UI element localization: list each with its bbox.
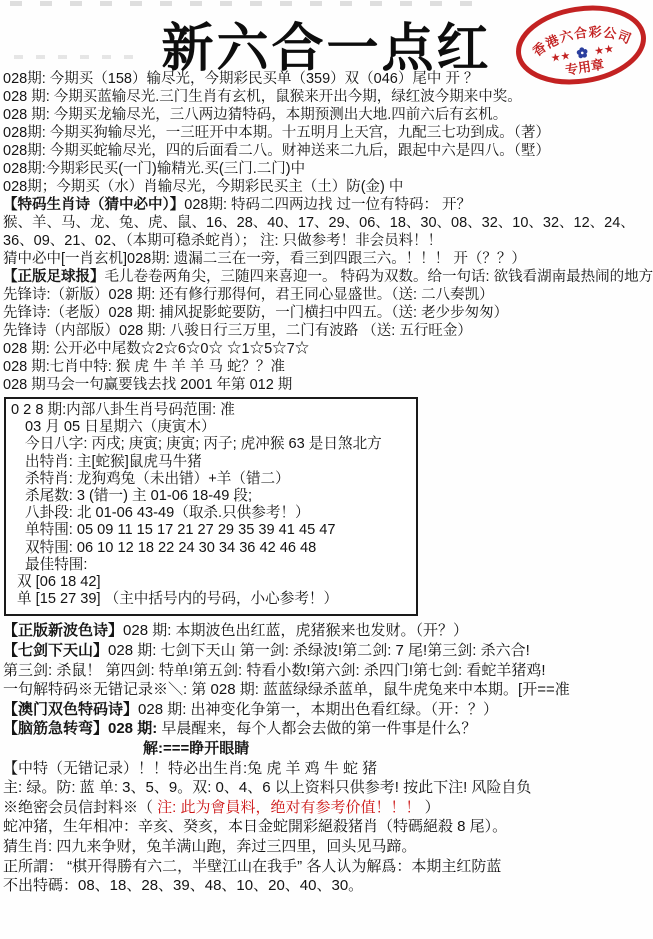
text-segment: 【特码生肖诗（猜中必中）】 — [3, 197, 184, 213]
text-line: 猜生肖: 四九来争财，兔羊满山跑，奔过三四里，回头见马蹄。 — [3, 837, 653, 857]
text-segment: 正所謂： “棋开得勝有六二，半壁江山在我手” 各人认为解爲：本期主红防蓝 — [3, 858, 501, 875]
text-segment: 单 [15 27 39] （主中括号内的号码，小心参考！） — [17, 591, 338, 607]
text-line: 先锋诗:（老版）028 期: 捕风捉影蛇要防，一门横扫中四五。（送: 老少步匆匆… — [3, 304, 653, 322]
text-segment: 028期: 特码二四两边找 过一位有特码： 开？ — [184, 197, 471, 213]
text-segment: 双特围: 06 10 12 18 22 24 30 34 36 42 46 48 — [25, 540, 316, 556]
text-line: 第三剑: 杀鼠！ 第四剑: 特单!第五剑: 特看小数!第六剑: 杀四门!第七剑:… — [3, 661, 653, 681]
text-segment: 主: 绿。防: 蓝 单: 3、5、9。双: 0、4、6 以上资料只供参考! 按此… — [3, 779, 531, 796]
text-line: 028 期马会一句赢要钱去找 2001 年第 012 期 — [3, 376, 653, 394]
text-segment: 028 期: 七剑下天山 第一剑: 杀绿波!第二剑: 7 尾!第三剑: 杀六合! — [108, 642, 530, 659]
bagua-info-box: 0 2 8 期:内部八卦生肖号码范围: 准03 月 05 日星期六（庚寅木）今日… — [4, 397, 418, 616]
text-segment: 028 期: 本期波色出红蓝，虎猪猴来也发财。（开？） — [123, 622, 468, 639]
text-line: 028期；今期买（水）肖输尽光，今期彩民买主（土）防(金) 中 — [3, 178, 653, 196]
text-segment: 双 [06 18 42] — [17, 574, 101, 590]
stamp-stars-right: ★★ — [593, 43, 614, 58]
text-line: 【脑筋急转弯】028 期: 早晨醒来，每个人都会去做的第一件事是什么？ — [3, 719, 653, 739]
top-lines: 028期: 今期买（158）输尽光，今期彩民买单（359）双（046）尾中 开 … — [3, 70, 653, 394]
text-segment: ※绝密会员信封料※（ — [3, 799, 157, 816]
box-lines: 0 2 8 期:内部八卦生肖号码范围: 准03 月 05 日星期六（庚寅木）今日… — [11, 402, 416, 608]
text-segment: 0 2 8 期:内部八卦生肖号码范围: 准 — [11, 402, 235, 418]
text-segment: 028期: 今期买蛇输尽光，四的后面看二八。财神送来二九后，跟起中六是四八。（墅… — [3, 143, 550, 159]
text-line: 蛇冲猪，生年相冲：辛亥、癸亥，本日金蛇開彩絕殺猪肖（特碼絕殺 8 尾）。 — [3, 817, 653, 837]
text-line: 猴、羊、马、龙、兔、虎、鼠、16、28、40、17、29、06、18、30、08… — [3, 214, 653, 232]
text-line: 八卦段: 北 01-06 43-49（取杀.只供参考！） — [11, 505, 416, 522]
text-line: 028期: 今期买狗输尽光，一三旺开中本期。十五明月上天宫，九配三七功到成。（著… — [3, 124, 653, 142]
text-segment: 先锋诗:（新版）028 期: 还有修行那得何，君王同心显盛世。（送: 二八奏凯） — [3, 287, 494, 303]
text-line: 双 [06 18 42] — [11, 574, 416, 591]
text-segment: 出特肖: 主[蛇猴]鼠虎马牛猪 — [25, 454, 202, 470]
text-segment: 猜中必中[一肖玄机]028期: 遗漏二三在一旁，看三到四跟三六。！！！ 开（？？… — [3, 251, 526, 267]
text-segment: 先锋诗:（老版）028 期: 捕风捉影蛇要防，一门横扫中四五。（送: 老少步匆匆… — [3, 305, 508, 321]
text-line: 解:===睁开眼睛 — [3, 739, 653, 759]
text-line: 【中特（无错记录）！！特必出生肖:兔 虎 羊 鸡 牛 蛇 猪 — [3, 759, 653, 779]
text-line: 028 期: 今期买蓝输尽光.三门生肖有玄机，鼠猴来开出今期，绿红波今期来中奖。 — [3, 88, 653, 106]
text-line: ※绝密会员信封料※（ 注: 此为會員料，绝对有参考价值！！！ ） — [3, 798, 653, 818]
text-segment: 028 期:七肖中特: 猴 虎 牛 羊 羊 马 蛇？？准 — [3, 359, 285, 375]
text-line: 今日八字: 丙戌; 庚寅; 庚寅; 丙子; 虎冲猴 63 是日煞北方 — [11, 436, 416, 453]
text-segment: 【正版新波色诗】 — [3, 622, 123, 639]
text-line: 028期: 今期买蛇输尽光，四的后面看二八。财神送来二九后，跟起中六是四八。（墅… — [3, 142, 653, 160]
bottom-lines: 【正版新波色诗】028 期: 本期波色出红蓝，虎猪猴来也发财。（开？）【七剑下天… — [3, 621, 653, 895]
sheet-content: 028期: 今期买（158）输尽光，今期彩民买单（359）双（046）尾中 开 … — [3, 70, 653, 896]
text-segment: 先锋诗（内部版）028 期: 八骏日行三万里，二门有波路 （送: 五行旺金） — [3, 323, 472, 339]
text-segment: 杀特肖: 龙狗鸡兔（未出错）+羊（错二） — [25, 471, 290, 487]
text-segment: 猜生肖: 四九来争财，兔羊满山跑，奔过三四里，回头见马蹄。 — [3, 838, 416, 855]
text-segment: 解:===睁开眼睛 — [143, 740, 249, 757]
text-segment: 注: 此为會員料，绝对有参考价值！！！ — [157, 799, 420, 816]
text-segment: 【中特（无错记录）！！特必出生肖:兔 虎 羊 鸡 牛 蛇 猪 — [3, 760, 377, 777]
text-segment: 猴、羊、马、龙、兔、虎、鼠、16、28、40、17、29、06、18、30、08… — [3, 215, 635, 231]
text-line: 一句解特码※无错记录※＼: 第 028 期: 蓝蓝绿绿杀蓝单，鼠牛虎兔来中本期。… — [3, 680, 653, 700]
text-segment: 杀尾数: 3 (错一) 主 01-06 18-49 段; — [25, 488, 252, 504]
text-line: 正所謂： “棋开得勝有六二，半壁江山在我手” 各人认为解爲：本期主红防蓝 — [3, 857, 653, 877]
text-segment: 028期: 今期买狗输尽光，一三旺开中本期。十五明月上天宫，九配三七功到成。（著… — [3, 125, 550, 141]
text-line: 36、09、21、02、（本期可稳杀蛇肖）； 注: 只做参考！非会员料！！ — [3, 232, 653, 250]
text-line: 0 2 8 期:内部八卦生肖号码范围: 准 — [11, 402, 416, 419]
text-line: 最佳特围: — [11, 557, 416, 574]
lottery-tip-sheet: 新六合一点红 香港六合彩公司 ★★ ★★ 专用章 028期: 今期买（158）输… — [0, 0, 653, 939]
text-segment: 028期: 今期买（158）输尽光，今期彩民买单（359）双（046）尾中 开 … — [3, 71, 478, 87]
text-segment: 028 期: 公开必中尾数☆2☆6☆0☆ ☆1☆5☆7☆ — [3, 341, 309, 357]
text-line: 杀尾数: 3 (错一) 主 01-06 18-49 段; — [11, 488, 416, 505]
text-line: 028 期: 公开必中尾数☆2☆6☆0☆ ☆1☆5☆7☆ — [3, 340, 653, 358]
text-segment: 028 期: 今期买蓝输尽光.三门生肖有玄机，鼠猴来开出今期，绿红波今期来中奖。 — [3, 89, 522, 105]
text-segment: 第三剑: 杀鼠！ 第四剑: 特单!第五剑: 特看小数!第六剑: 杀四门!第七剑:… — [3, 662, 546, 679]
text-line: 028期:今期彩民买(一门)输精光.买(三门.二门)中 — [3, 160, 653, 178]
text-line: 【正版足球报】毛儿卷卷两角尖，三随四来喜迎一。 特码为双数。给一句话: 欲钱看湖… — [3, 268, 653, 286]
text-segment: 03 月 05 日星期六（庚寅木） — [25, 419, 216, 435]
text-line: 不出特碼：08、18、28、39、48、10、20、40、30。 — [3, 876, 653, 896]
text-segment: 单特围: 05 09 11 15 17 21 27 29 35 39 41 45… — [25, 522, 336, 538]
text-segment: 028 期: 今期买龙输尽光，三八两边猜特码，本期预测出大地.四前六后有玄机。 — [3, 107, 507, 123]
text-line: 先锋诗（内部版）028 期: 八骏日行三万里，二门有波路 （送: 五行旺金） — [3, 322, 653, 340]
text-segment: 【澳门双色特码诗】 — [3, 701, 138, 718]
text-segment: 不出特碼：08、18、28、39、48、10、20、40、30。 — [3, 877, 363, 894]
text-segment: 028 期: 出神变化争第一，本期出色看红绿。（开：？） — [138, 701, 498, 718]
text-segment: 【脑筋急转弯】028 期: — [3, 720, 157, 737]
text-segment: 一句解特码※无错记录※＼: 第 028 期: 蓝蓝绿绿杀蓝单，鼠牛虎兔来中本期。… — [3, 681, 570, 698]
text-line: 双特围: 06 10 12 18 22 24 30 34 36 42 46 48 — [11, 540, 416, 557]
text-segment: 最佳特围: — [25, 557, 87, 573]
text-line: 028 期: 今期买龙输尽光，三八两边猜特码，本期预测出大地.四前六后有玄机。 — [3, 106, 653, 124]
text-line: 主: 绿。防: 蓝 单: 3、5、9。双: 0、4、6 以上资料只供参考! 按此… — [3, 778, 653, 798]
text-line: 猜中必中[一肖玄机]028期: 遗漏二三在一旁，看三到四跟三六。！！！ 开（？？… — [3, 250, 653, 268]
text-line: 单 [15 27 39] （主中括号内的号码，小心参考！） — [11, 591, 416, 608]
text-segment: 028期；今期买（水）肖输尽光，今期彩民买主（土）防(金) 中 — [3, 179, 403, 195]
text-segment: 毛儿卷卷两角尖，三随四来喜迎一。 特码为双数。给一句话: 欲钱看湖南最热闹的地方… — [105, 269, 653, 285]
text-line: 杀特肖: 龙狗鸡兔（未出错）+羊（错二） — [11, 471, 416, 488]
text-segment: 蛇冲猪，生年相冲：辛亥、癸亥，本日金蛇開彩絕殺猪肖（特碼絕殺 8 尾）。 — [3, 818, 507, 835]
text-line: 【澳门双色特码诗】028 期: 出神变化争第一，本期出色看红绿。（开：？） — [3, 700, 653, 720]
text-segment: 【正版足球报】 — [3, 269, 105, 285]
text-line: 【正版新波色诗】028 期: 本期波色出红蓝，虎猪猴来也发财。（开？） — [3, 621, 653, 641]
text-segment: 36、09、21、02、（本期可稳杀蛇肖）； 注: 只做参考！非会员料！！ — [3, 233, 442, 249]
text-segment: 028期:今期彩民买(一门)输精光.买(三门.二门)中 — [3, 161, 305, 177]
text-line: 先锋诗:（新版）028 期: 还有修行那得何，君王同心显盛世。（送: 二八奏凯） — [3, 286, 653, 304]
text-line: 028 期:七肖中特: 猴 虎 牛 羊 羊 马 蛇？？准 — [3, 358, 653, 376]
text-line: 028期: 今期买（158）输尽光，今期彩民买单（359）双（046）尾中 开 … — [3, 70, 653, 88]
text-segment: 【七剑下天山】 — [3, 642, 108, 659]
text-segment: ） — [421, 799, 440, 816]
text-line: 【特码生肖诗（猜中必中）】028期: 特码二四两边找 过一位有特码： 开？ — [3, 196, 653, 214]
text-segment: 今日八字: 丙戌; 庚寅; 庚寅; 丙子; 虎冲猴 63 是日煞北方 — [25, 436, 382, 452]
text-segment: 028 期马会一句赢要钱去找 2001 年第 012 期 — [3, 377, 292, 393]
text-segment: 早晨醒来，每个人都会去做的第一件事是什么？ — [157, 720, 476, 737]
text-line: 03 月 05 日星期六（庚寅木） — [11, 419, 416, 436]
text-line: 【七剑下天山】028 期: 七剑下天山 第一剑: 杀绿波!第二剑: 7 尾!第三… — [3, 641, 653, 661]
text-line: 出特肖: 主[蛇猴]鼠虎马牛猪 — [11, 454, 416, 471]
text-segment: 八卦段: 北 01-06 43-49（取杀.只供参考！） — [25, 505, 310, 521]
text-line: 单特围: 05 09 11 15 17 21 27 29 35 39 41 45… — [11, 522, 416, 539]
blue-flower-icon — [576, 47, 588, 59]
